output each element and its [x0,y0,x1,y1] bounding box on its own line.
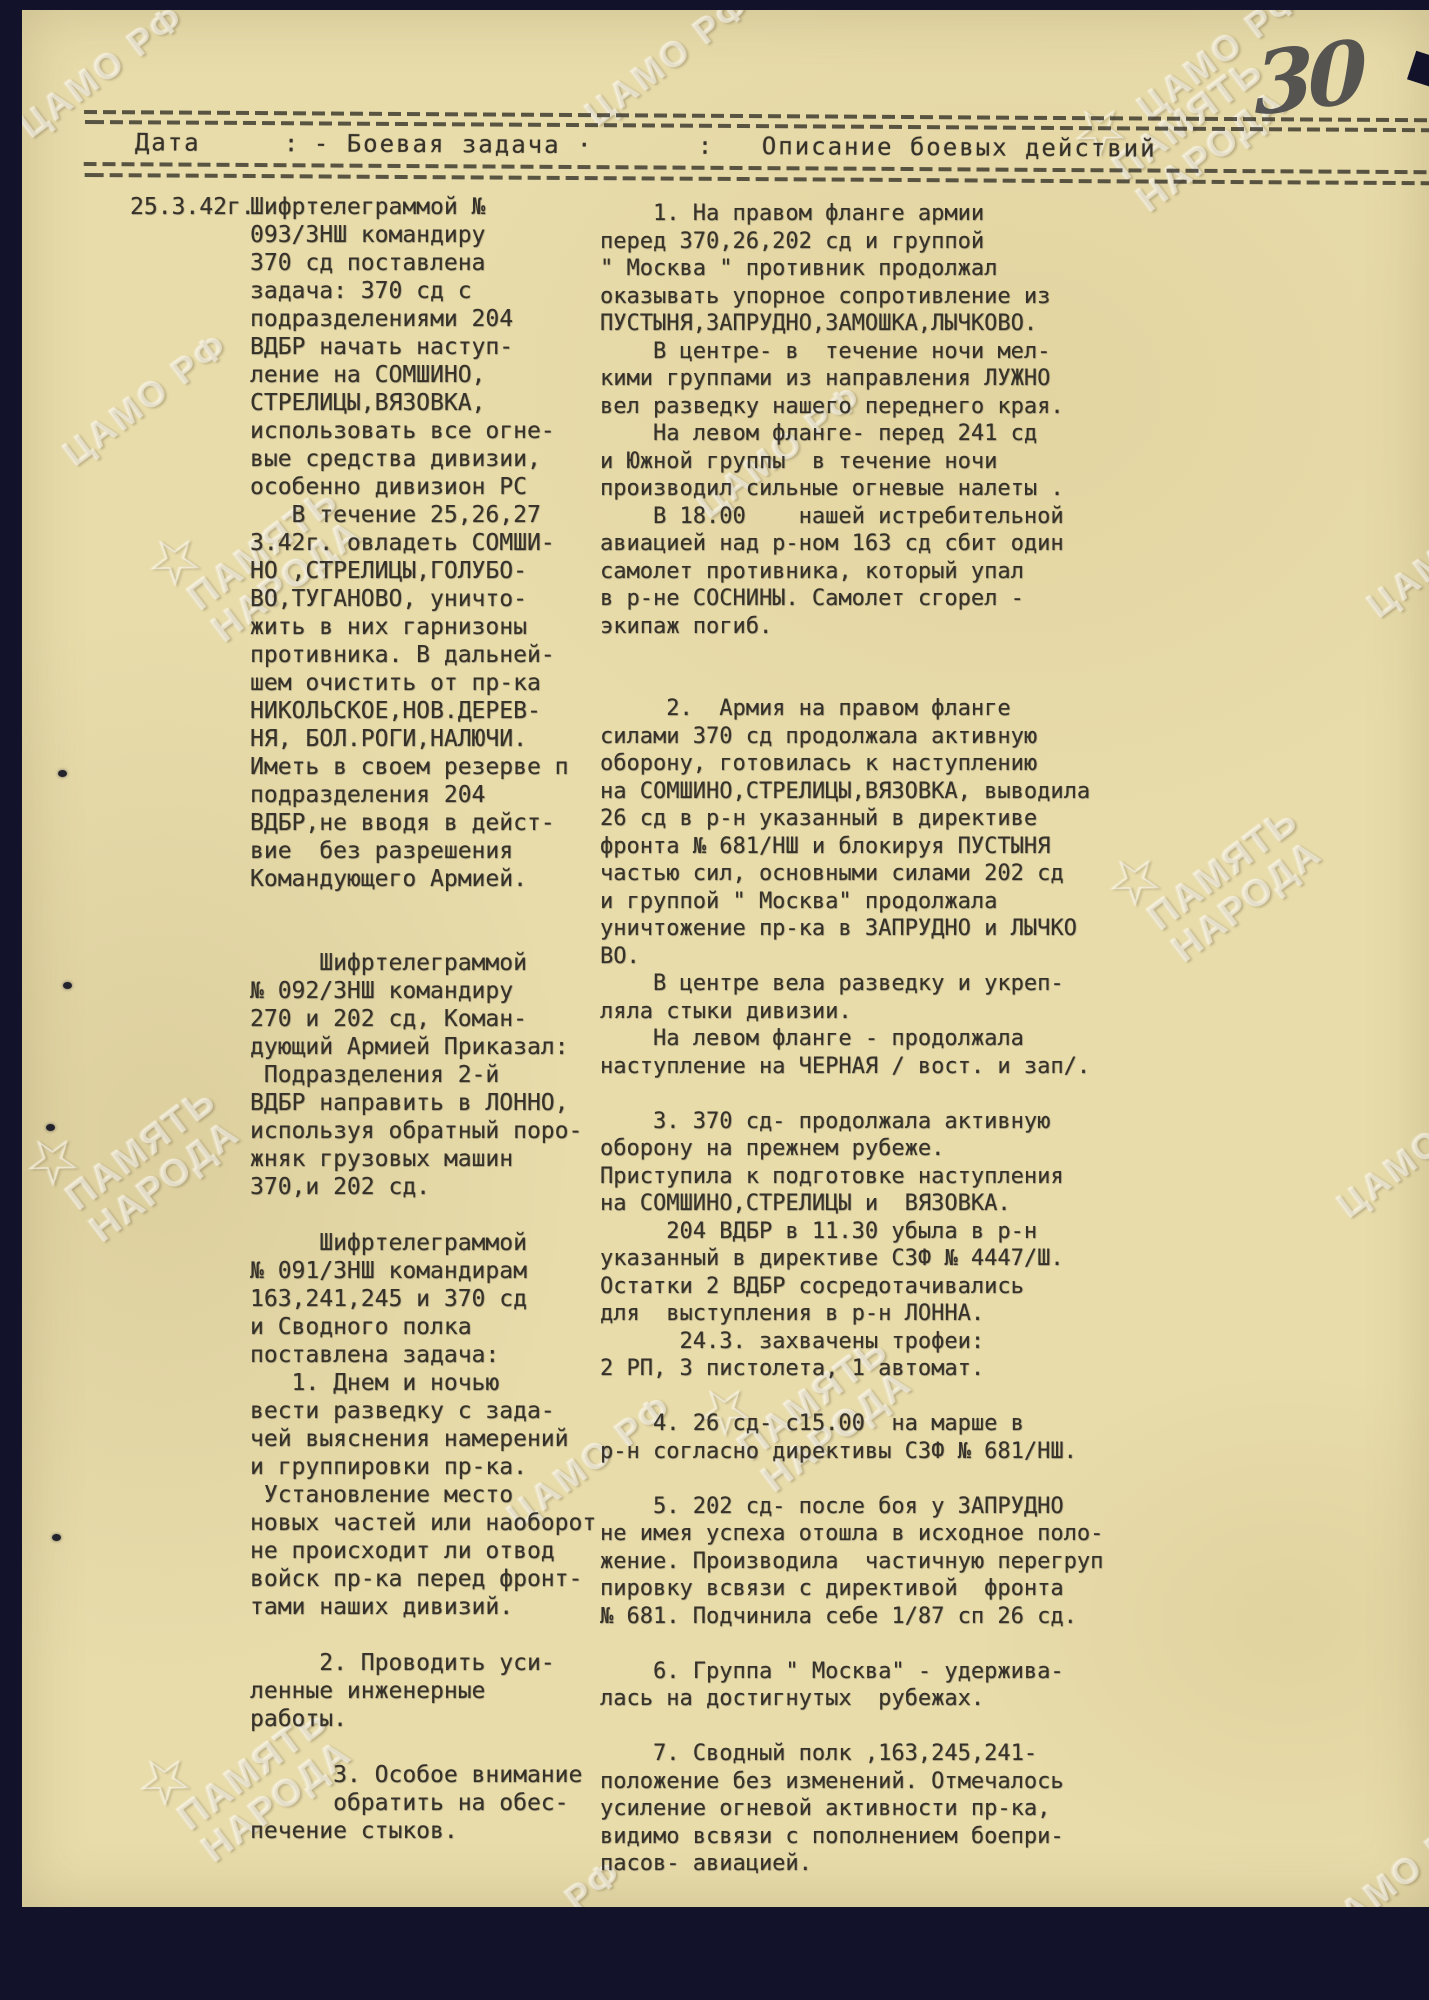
watermark-camo-rf: ЦАМО РФ [1359,475,1429,626]
watermark-camo-rf: ЦАМО РФ [22,10,193,147]
header-separator: : [698,132,715,160]
watermark-pamyat-naroda: ☆ ПАМЯТЬ НАРОДА [29,1040,248,1250]
star-icon: ☆ [1096,760,1281,917]
binder-hole [46,1124,55,1131]
header-col-task: - Боевая задача · [314,129,594,159]
combat-actions-text: 1. На правом фланге армии перед 370,26,2… [600,200,1103,1878]
watermark-camo-rf: ЦАМО РФ [55,323,236,474]
watermark-camo-rf: ЦАМО РФ [1309,1800,1429,1907]
document-page: ЦАМО РФ ЦАМО РФ ЦАМО РФ ЦАМО РФ ЦАМО РФ … [22,10,1429,1907]
header-separator: : [284,129,301,157]
scanned-war-diary-screenshot: { "page": { "number": "30", "watermarks"… [0,0,1429,2000]
header-col-actions: Описание боевых действий [762,132,1157,162]
combat-task-text: Шифртелеграммой № 093/ЗНШ командиру 370 … [250,193,596,1845]
watermark-pamyat-naroda: ☆ ПАМЯТЬ НАРОДА [1111,760,1330,970]
table-header: Дата : - Боевая задача · : Описание боев… [23,10,1429,18]
paper-corner-tear [1407,51,1429,88]
binder-hole [58,770,67,777]
binder-hole [52,1534,61,1541]
binder-hole [63,982,72,989]
watermark-camo-rf: ЦАМО РФ [1329,1075,1429,1226]
header-col-date: Дата [135,128,201,156]
divider-line [84,162,1429,174]
entry-date: 25.3.42г. [130,193,255,221]
star-icon: ☆ [22,1040,199,1197]
divider-line [84,173,1429,185]
